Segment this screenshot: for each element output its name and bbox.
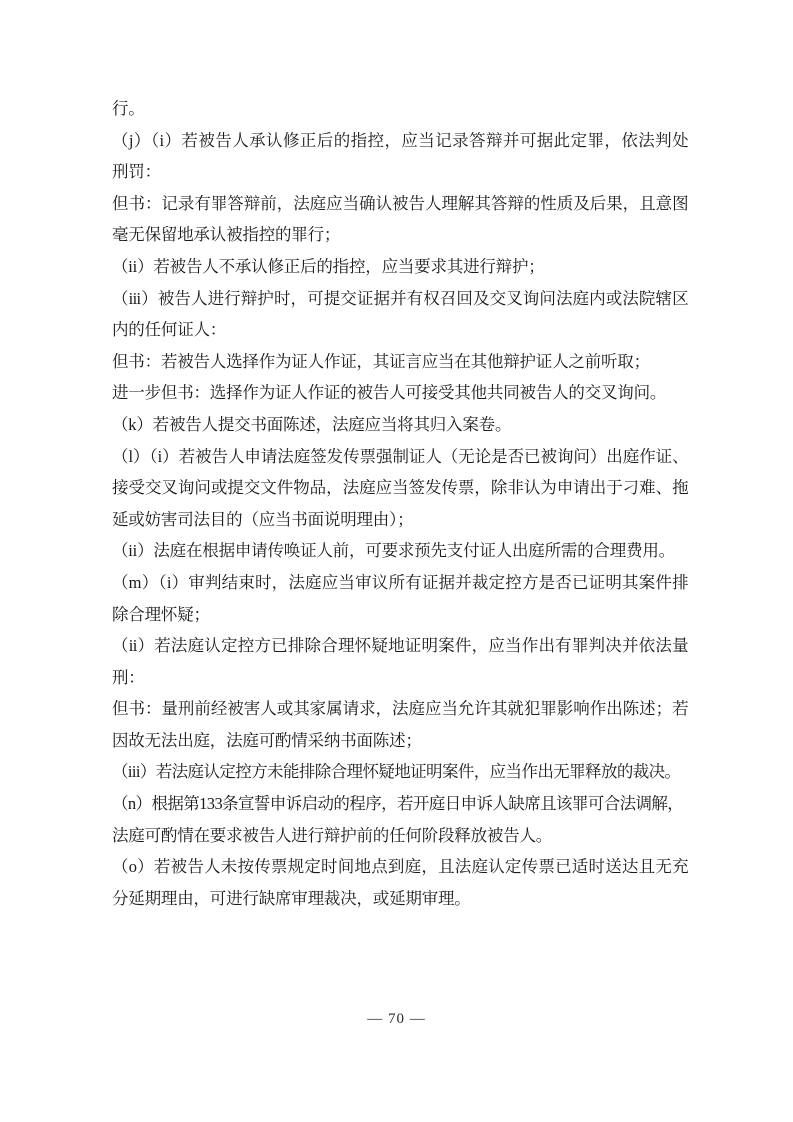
paragraph-item-l-ii: （ii）法庭在根据申请传唤证人前，可要求预先支付证人出庭所需的合理费用。 [112, 535, 688, 567]
text-line: 分延期理由，可进行缺席审理裁决，或延期审理。 [112, 883, 688, 915]
paragraph-item-l-i: （l）（i）若被告人申请法庭签发传票强制证人（无论是否已被询问）出庭作证、 接受… [112, 441, 688, 536]
text-line: 因故无法出庭，法庭可酌情采纳书面陈述； [112, 725, 688, 757]
paragraph-item-n: （n）根据第133条宣誓申诉启动的程序，若开庭日申诉人缺席且该罪可合法调解， 法… [112, 788, 688, 851]
text-line: 但书：若被告人选择作为证人作证，其证言应当在其他辩护证人之前听取； [112, 346, 688, 378]
paragraph-item-j-i-proviso: 但书：记录有罪答辩前，法庭应当确认被告人理解其答辩的性质及后果，且意图 毫无保留… [112, 188, 688, 251]
paragraph-item-m-ii: （ii）若法庭认定控方已排除合理怀疑地证明案件，应当作出有罪判决并依法量 刑： [112, 630, 688, 693]
paragraph-continuation: 行。 [112, 93, 688, 125]
text-line: （j）（i）若被告人承认修正后的指控，应当记录答辩并可据此定罪，依法判处 [112, 125, 688, 157]
text-line: （k）若被告人提交书面陈述，法庭应当将其归入案卷。 [112, 409, 688, 441]
paragraph-item-j-iii-proviso: 但书：若被告人选择作为证人作证，其证言应当在其他辩护证人之前听取； [112, 346, 688, 378]
text-line: （ii）法庭在根据申请传唤证人前，可要求预先支付证人出庭所需的合理费用。 [112, 535, 688, 567]
text-line: 内的任何证人： [112, 314, 688, 346]
page-footer: — 70 — [0, 1011, 793, 1028]
paragraph-item-m-i: （m）（i）审判结束时，法庭应当审议所有证据并裁定控方是否已证明其案件排 除合理… [112, 567, 688, 630]
text-line: （n）根据第133条宣誓申诉启动的程序，若开庭日申诉人缺席且该罪可合法调解， [112, 788, 688, 820]
text-line: 接受交叉询问或提交文件物品，法庭应当签发传票，除非认为申请出于刁难、拖 [112, 472, 688, 504]
text-line: （o）若被告人未按传票规定时间地点到庭，且法庭认定传票已适时送达且无充 [112, 851, 688, 883]
text-line: 行。 [112, 93, 688, 125]
text-line: （l）（i）若被告人申请法庭签发传票强制证人（无论是否已被询问）出庭作证、 [112, 441, 688, 473]
text-line: 但书：量刑前经被害人或其家属请求，法庭应当允许其就犯罪影响作出陈述；若 [112, 693, 688, 725]
text-line: （ii）若被告人不承认修正后的指控，应当要求其进行辩护； [112, 251, 688, 283]
text-line: （m）（i）审判结束时，法庭应当审议所有证据并裁定控方是否已证明其案件排 [112, 567, 688, 599]
document-body: 行。 （j）（i）若被告人承认修正后的指控，应当记录答辩并可据此定罪，依法判处 … [112, 93, 688, 914]
paragraph-item-j-i: （j）（i）若被告人承认修正后的指控，应当记录答辩并可据此定罪，依法判处 刑罚： [112, 125, 688, 188]
page-number: — 70 — [367, 1011, 426, 1027]
paragraph-item-m-ii-proviso: 但书：量刑前经被害人或其家属请求，法庭应当允许其就犯罪影响作出陈述；若 因故无法… [112, 693, 688, 756]
text-line: （iii）被告人进行辩护时，可提交证据并有权召回及交叉询问法庭内或法院辖区 [112, 283, 688, 315]
paragraph-item-j-iii: （iii）被告人进行辩护时，可提交证据并有权召回及交叉询问法庭内或法院辖区 内的… [112, 283, 688, 346]
paragraph-item-j-ii: （ii）若被告人不承认修正后的指控，应当要求其进行辩护； [112, 251, 688, 283]
text-line: 除合理怀疑； [112, 599, 688, 631]
paragraph-item-j-iii-further-proviso: 进一步但书：选择作为证人作证的被告人可接受其他共同被告人的交叉询问。 [112, 377, 688, 409]
paragraph-item-k: （k）若被告人提交书面陈述，法庭应当将其归入案卷。 [112, 409, 688, 441]
text-line: 毫无保留地承认被指控的罪行； [112, 219, 688, 251]
paragraph-item-o: （o）若被告人未按传票规定时间地点到庭，且法庭认定传票已适时送达且无充 分延期理… [112, 851, 688, 914]
text-line: 刑： [112, 662, 688, 694]
text-line: 法庭可酌情在要求被告人进行辩护前的任何阶段释放被告人。 [112, 820, 688, 852]
document-page: 行。 （j）（i）若被告人承认修正后的指控，应当记录答辩并可据此定罪，依法判处 … [0, 0, 793, 1122]
text-line: 延或妨害司法目的（应当书面说明理由）； [112, 504, 688, 536]
text-line: （iii）若法庭认定控方未能排除合理怀疑地证明案件，应当作出无罪释放的裁决。 [112, 756, 688, 788]
text-line: 但书：记录有罪答辩前，法庭应当确认被告人理解其答辩的性质及后果，且意图 [112, 188, 688, 220]
paragraph-item-m-iii: （iii）若法庭认定控方未能排除合理怀疑地证明案件，应当作出无罪释放的裁决。 [112, 756, 688, 788]
text-line: 刑罚： [112, 156, 688, 188]
text-line: （ii）若法庭认定控方已排除合理怀疑地证明案件，应当作出有罪判决并依法量 [112, 630, 688, 662]
text-line: 进一步但书：选择作为证人作证的被告人可接受其他共同被告人的交叉询问。 [112, 377, 688, 409]
